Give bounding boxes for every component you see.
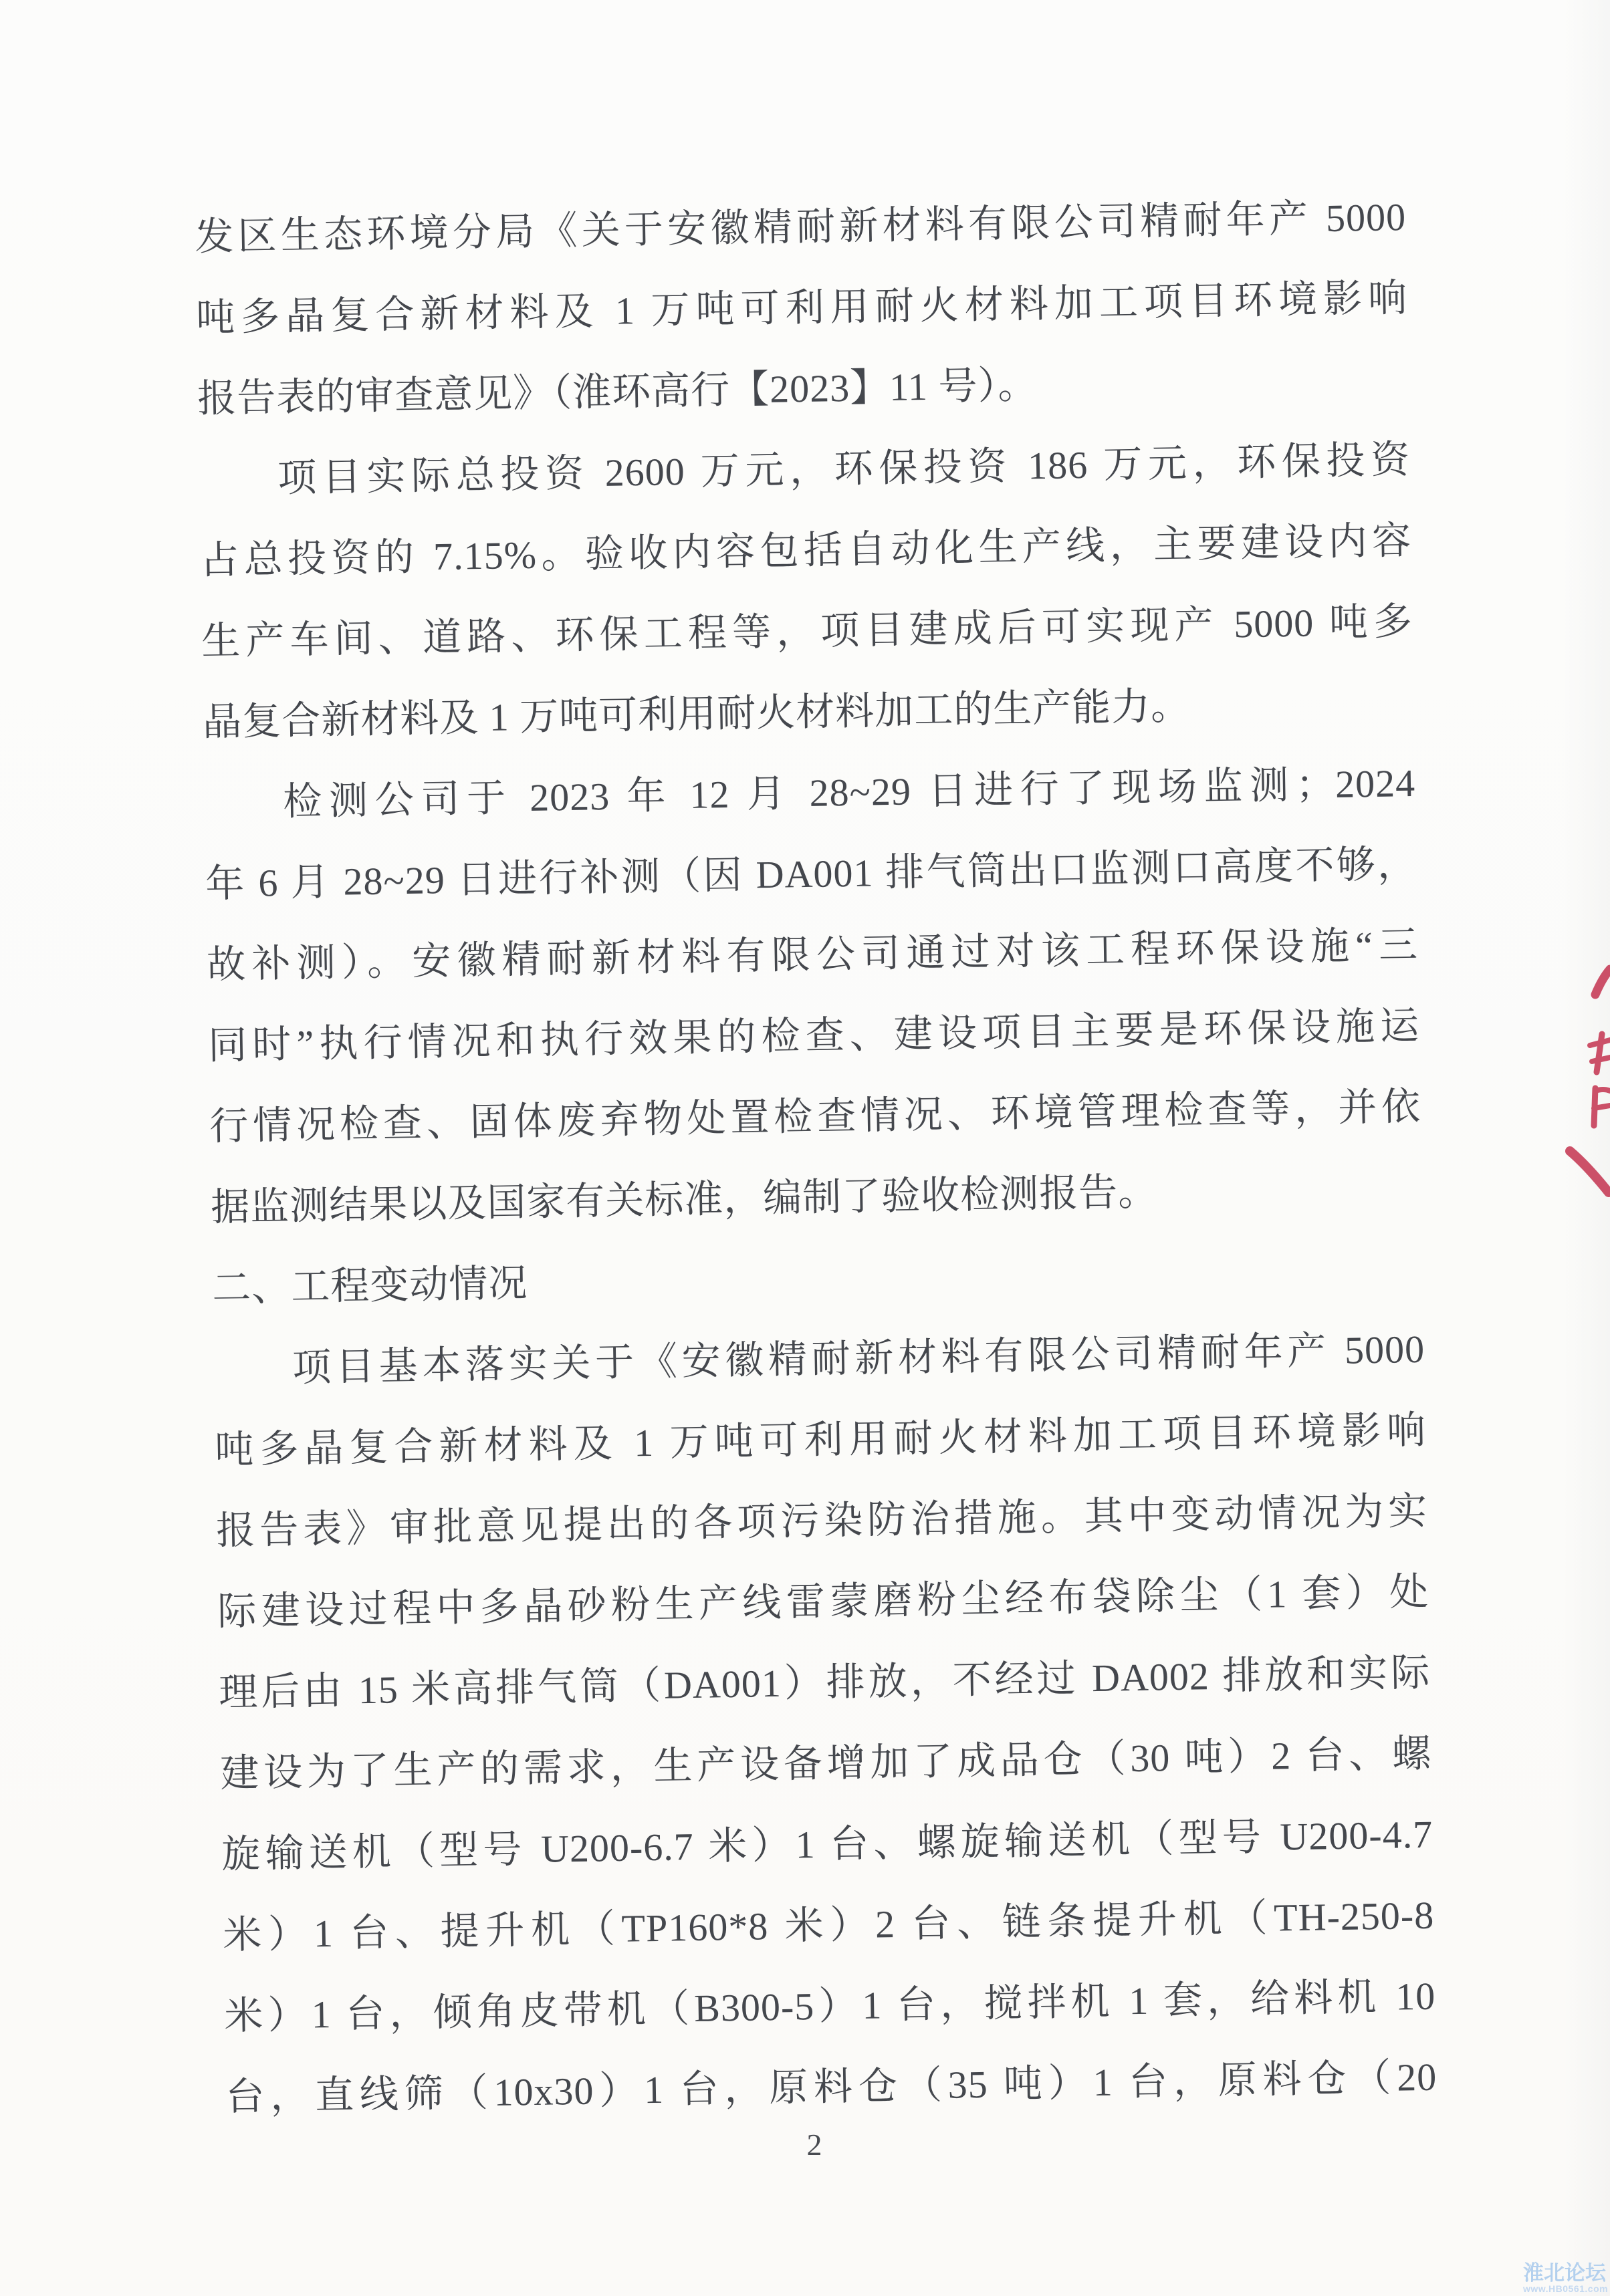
- document-text: 发区生态环境分局《关于安徽精耐新材料有限公司精耐年产 5000吨多晶复合新材料及…: [194, 176, 1437, 2138]
- watermark-url: www.HB0561.com: [1523, 2284, 1609, 2294]
- watermark: 淮北论坛 www.HB0561.com: [1523, 2263, 1609, 2294]
- watermark-site-name: 淮北论坛: [1523, 2263, 1609, 2285]
- page-number: 2: [9, 2127, 1610, 2162]
- red-seal-fragment-icon: [1555, 930, 1610, 1211]
- scanned-document-page: 发区生态环境分局《关于安徽精耐新材料有限公司精耐年产 5000吨多晶复合新材料及…: [0, 0, 1610, 2296]
